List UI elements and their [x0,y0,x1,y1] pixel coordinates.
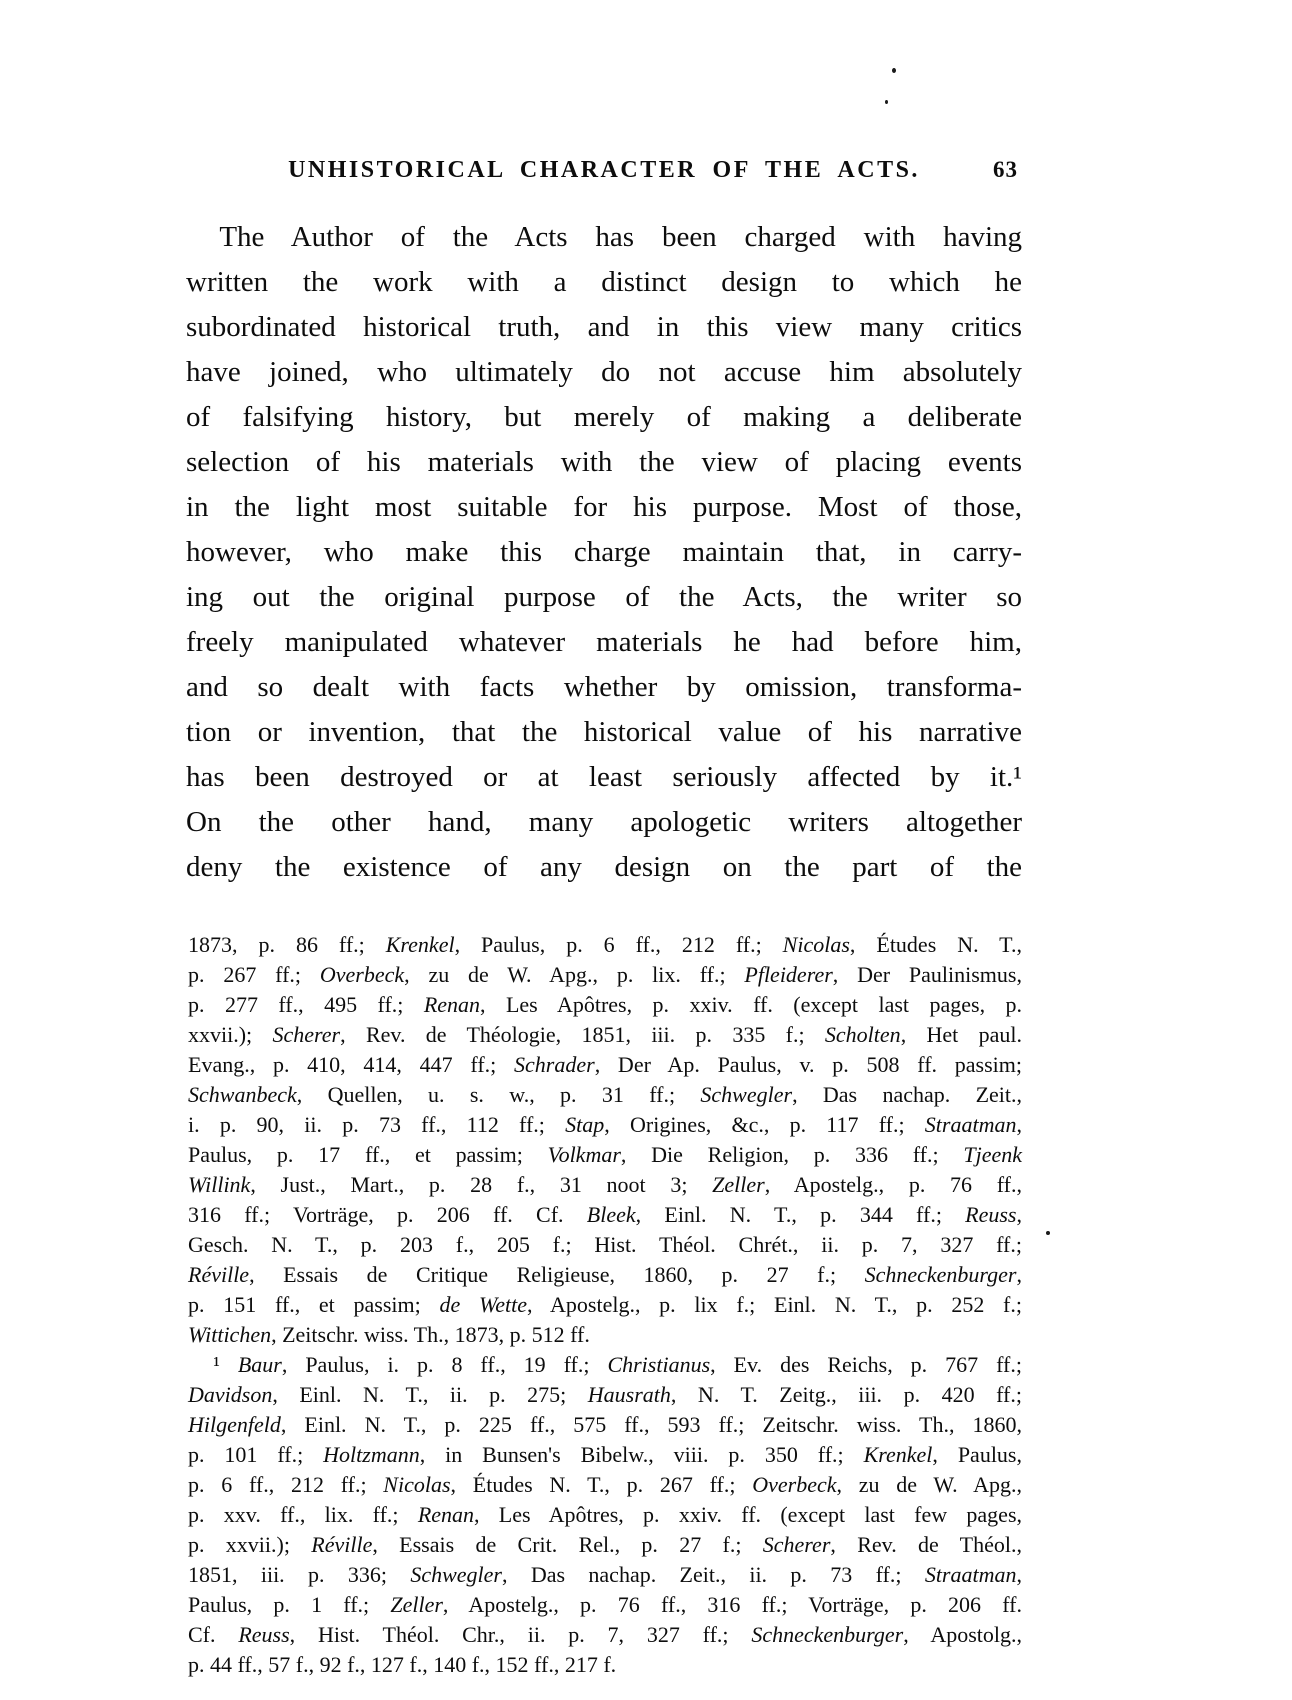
text-line: selection of his materials with the view… [186,440,1022,485]
text-line: xxvii.); Scherer, Rev. de Théologie, 185… [188,1020,1022,1050]
text-line: On the other hand, many apologetic write… [186,800,1022,845]
text-line: Réville, Essais de Critique Religieuse, … [188,1260,1022,1290]
text-line: p. xxv. ff., lix. ff.; Renan, Les Apôtre… [188,1500,1022,1530]
text-line: written the work with a distinct design … [186,260,1022,305]
text-line: ing out the original purpose of the Acts… [186,575,1022,620]
text-line: has been destroyed or at least seriously… [186,755,1022,800]
text-line: Gesch. N. T., p. 203 f., 205 f.; Hist. T… [188,1230,1022,1260]
text-line: Hilgenfeld, Einl. N. T., p. 225 ff., 575… [188,1410,1022,1440]
text-line: p. 101 ff.; Holtzmann, in Bunsen's Bibel… [188,1440,1022,1470]
text-line: Schwanbeck, Quellen, u. s. w., p. 31 ff.… [188,1080,1022,1110]
text-line: 1851, iii. p. 336; Schwegler, Das nachap… [188,1560,1022,1590]
running-header-title: UNHISTORICAL CHARACTER OF THE ACTS. [186,152,1022,188]
text-line: freely manipulated whatever materials he… [186,620,1022,665]
page-number: 63 [993,152,1018,188]
scan-speck [1046,1231,1050,1235]
text-line: Wittichen, Zeitschr. wiss. Th., 1873, p.… [188,1320,1022,1350]
footnote-block: 1873, p. 86 ff.; Krenkel, Paulus, p. 6 f… [188,930,1022,1680]
text-line: subordinated historical truth, and in th… [186,305,1022,350]
text-line: Davidson, Einl. N. T., ii. p. 275; Hausr… [188,1380,1022,1410]
text-line: deny the existence of any design on the … [186,845,1022,890]
text-line: in the light most suitable for his purpo… [186,485,1022,530]
text-line: have joined, who ultimately do not accus… [186,350,1022,395]
text-line: p. 6 ff., 212 ff.; Nicolas, Études N. T.… [188,1470,1022,1500]
text-line: 316 ff.; Vorträge, p. 206 ff. Cf. Bleek,… [188,1200,1022,1230]
text-line: tion or invention, that the historical v… [186,710,1022,755]
text-line: i. p. 90, ii. p. 73 ff., 112 ff.; Stap, … [188,1110,1022,1140]
text-line: Willink, Just., Mart., p. 28 f., 31 noot… [188,1170,1022,1200]
text-line: of falsifying history, but merely of mak… [186,395,1022,440]
main-text-paragraph: The Author of the Acts has been charged … [186,215,1022,890]
running-header: UNHISTORICAL CHARACTER OF THE ACTS. 63 [186,152,1022,188]
scanned-book-page: UNHISTORICAL CHARACTER OF THE ACTS. 63 T… [0,0,1292,1700]
text-line: 1873, p. 86 ff.; Krenkel, Paulus, p. 6 f… [188,930,1022,960]
text-line: however, who make this charge maintain t… [186,530,1022,575]
text-line: p. 267 ff.; Overbeck, zu de W. Apg., p. … [188,960,1022,990]
scan-speck [885,100,888,104]
text-line: ¹ Baur, Paulus, i. p. 8 ff., 19 ff.; Chr… [188,1350,1022,1380]
text-line: Paulus, p. 17 ff., et passim; Volkmar, D… [188,1140,1022,1170]
text-line: and so dealt with facts whether by omiss… [186,665,1022,710]
scan-speck [892,68,896,73]
text-line: Cf. Reuss, Hist. Théol. Chr., ii. p. 7, … [188,1620,1022,1650]
text-line: p. 44 ff., 57 f., 92 f., 127 f., 140 f.,… [188,1650,1022,1680]
text-line: p. 277 ff., 495 ff.; Renan, Les Apôtres,… [188,990,1022,1020]
text-line: Evang., p. 410, 414, 447 ff.; Schrader, … [188,1050,1022,1080]
text-line: The Author of the Acts has been charged … [186,215,1022,260]
text-line: p. xxvii.); Réville, Essais de Crit. Rel… [188,1530,1022,1560]
text-line: p. 151 ff., et passim; de Wette, Apostel… [188,1290,1022,1320]
text-line: Paulus, p. 1 ff.; Zeller, Apostelg., p. … [188,1590,1022,1620]
